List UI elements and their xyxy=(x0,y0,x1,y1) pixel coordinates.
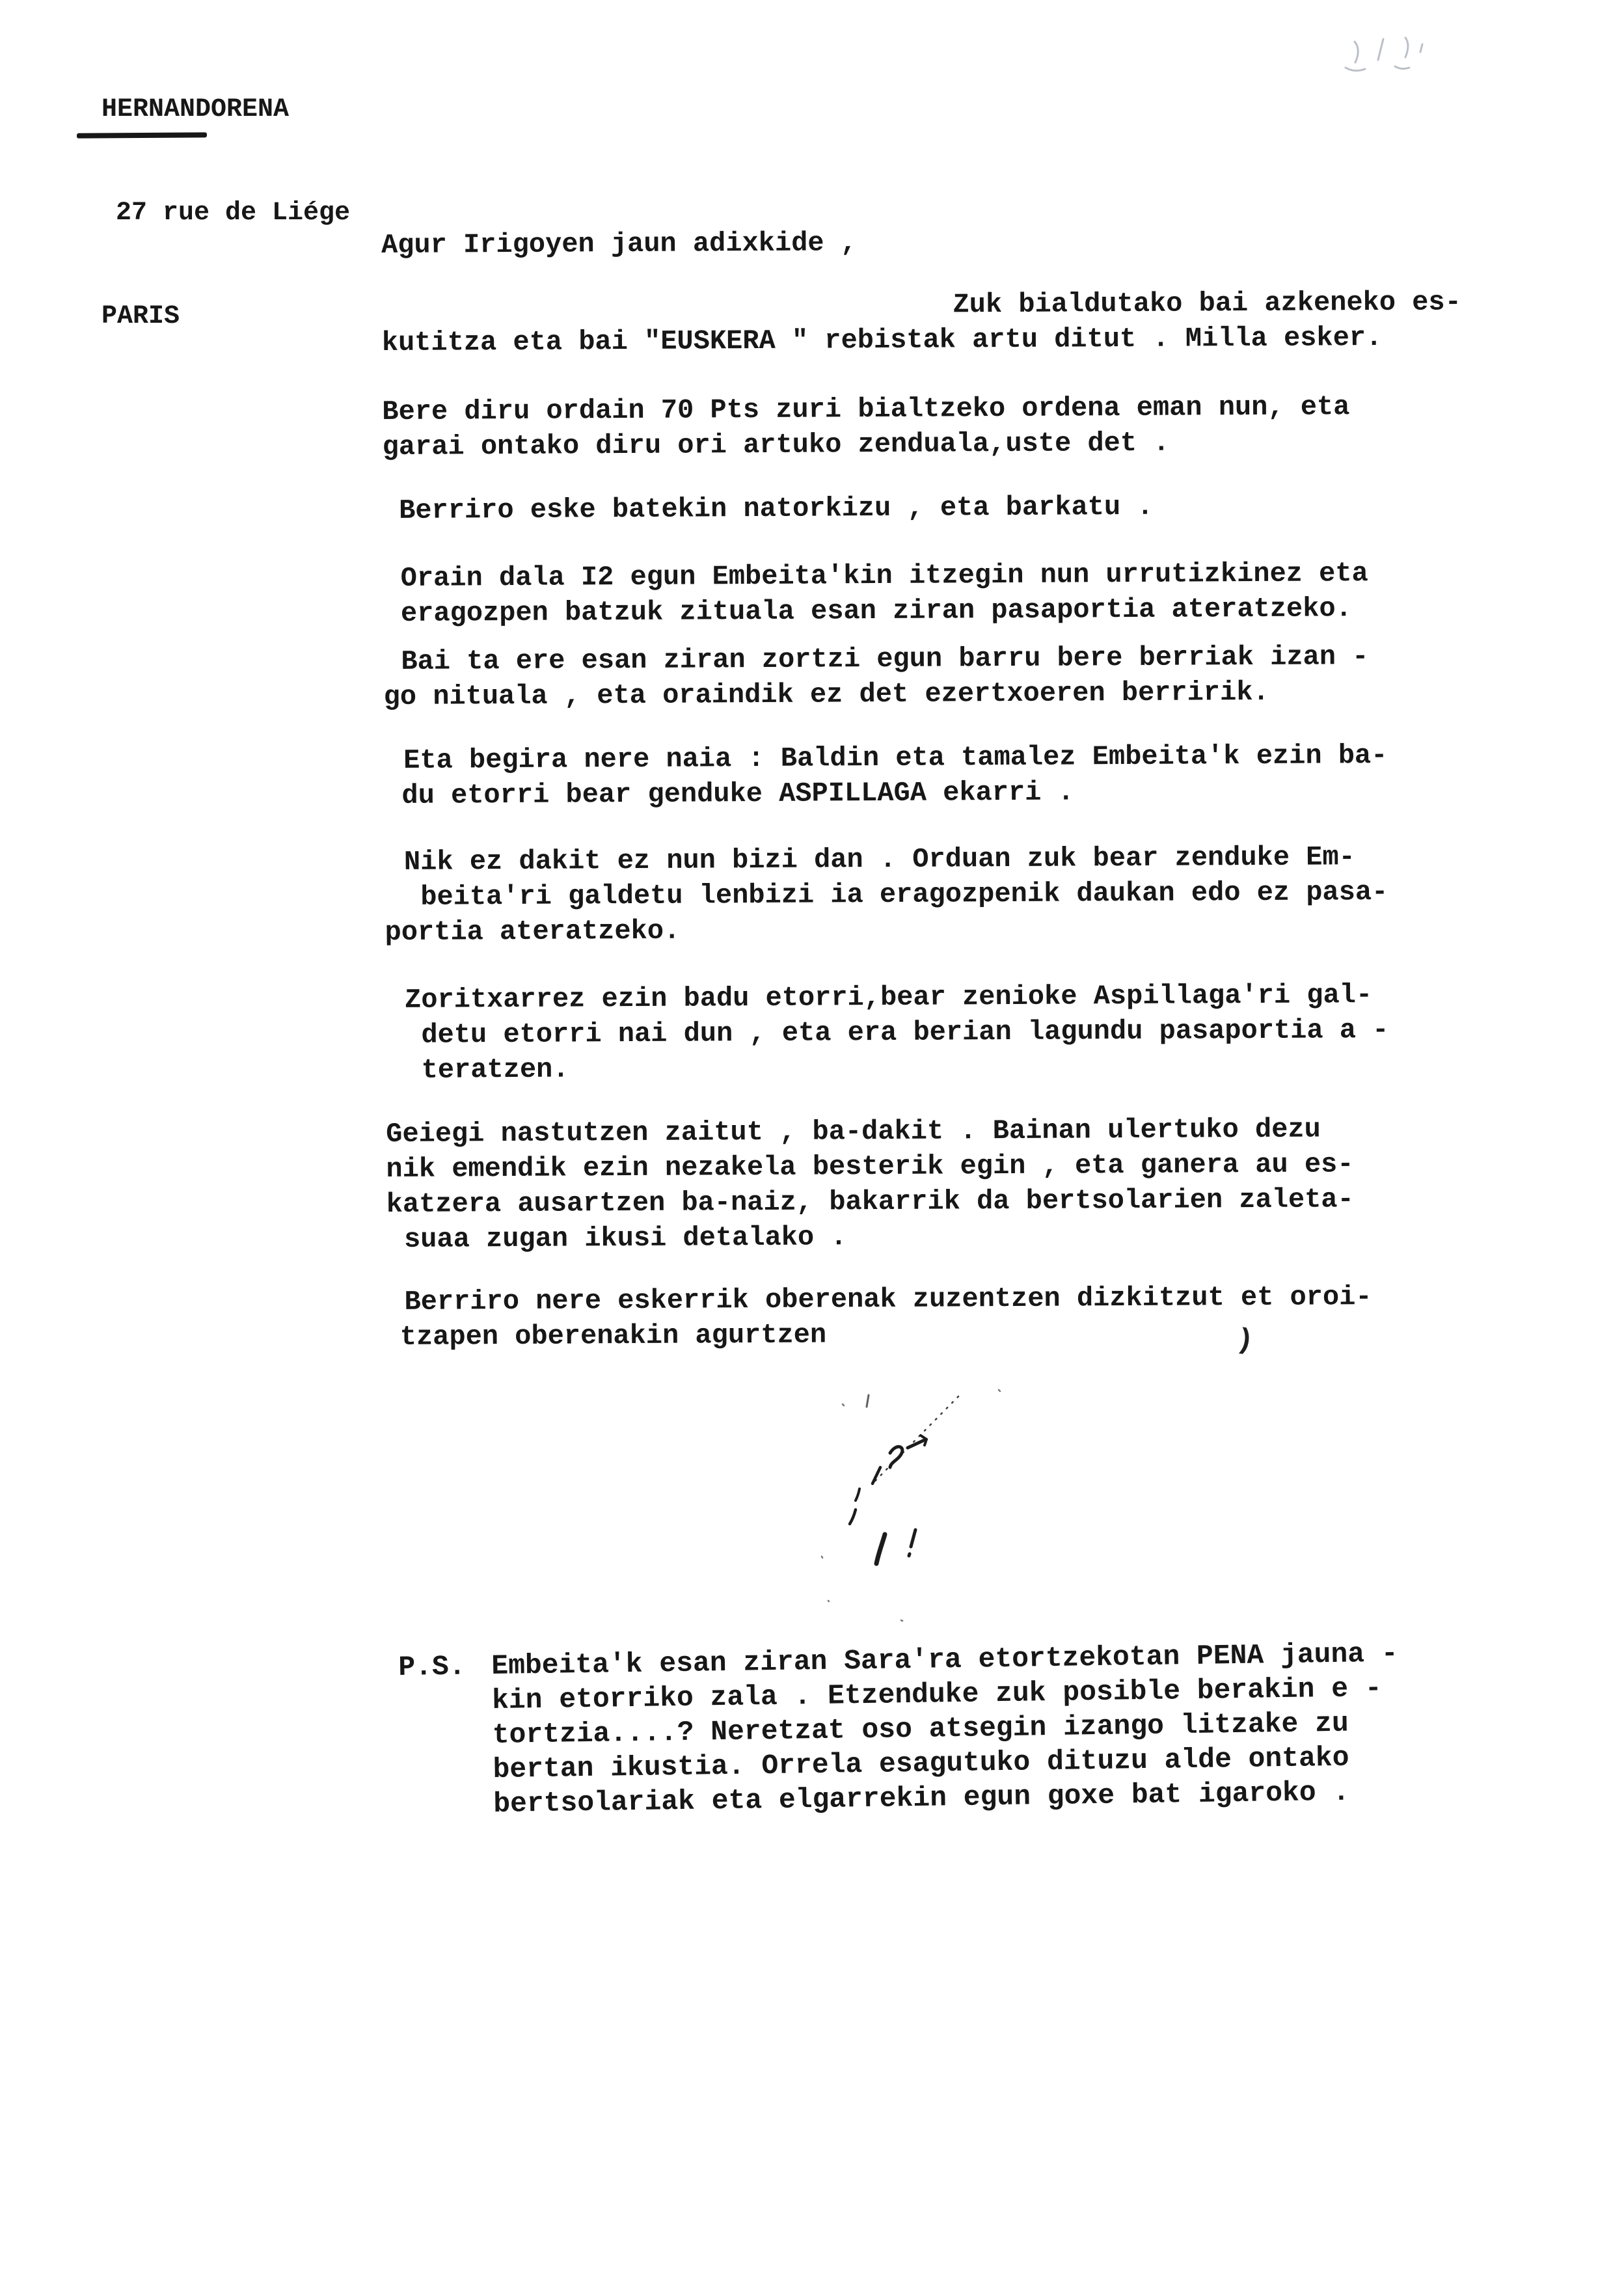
paragraph: Nik ez dakit ez nun bizi dan . Orduan zu… xyxy=(385,839,1388,950)
paragraph: Zoritxarrez ezin badu etorri,bear zeniok… xyxy=(385,977,1389,1088)
salutation-line: Agur Irigoyen jaun adixkide , xyxy=(381,225,857,263)
paragraph: Geiegi nastutzen zaitut , ba-dakit . Bai… xyxy=(386,1111,1354,1257)
line: suaa zugan ikusi detalako . xyxy=(386,1217,1354,1257)
line: eragozpen batzuk zituala esan ziran pasa… xyxy=(383,591,1368,631)
salutation: Agur Irigoyen jaun adixkide , xyxy=(381,225,857,263)
line: nik emendik ezin nezakela besterik egin … xyxy=(386,1147,1353,1187)
line: kutitza eta bai "EUSKERA " rebistak artu… xyxy=(382,319,1462,360)
letter-body: Agur Irigoyen jaun adixkide , Zuk bialdu… xyxy=(0,0,1624,2282)
line: Berriro eske batekin natorkizu , eta bar… xyxy=(383,489,1154,528)
line: beita'ri galdetu lenbizi ia eragozpenik … xyxy=(385,875,1388,915)
line: Zuk bialdutako bai azkeneko es- xyxy=(381,284,1461,325)
line: Berriro nere eskerrik oberenak zuzentzen… xyxy=(386,1279,1372,1320)
paragraph: Berriro eske batekin natorkizu , eta bar… xyxy=(383,489,1154,528)
line: go nituala , eta oraindik ez det ezertxo… xyxy=(384,674,1369,714)
signature-scribble xyxy=(804,1386,1142,1646)
paragraph: Orain dala I2 egun Embeita'kin itzegin n… xyxy=(383,556,1369,631)
line: detu etorri nai dun , eta era berian lag… xyxy=(385,1012,1388,1053)
line: du etorri bear genduke ASPILLAGA ekarri … xyxy=(384,773,1388,813)
line: Orain dala I2 egun Embeita'kin itzegin n… xyxy=(383,556,1368,596)
line: portia ateratzeko. xyxy=(385,910,1388,950)
closing-paragraph: Berriro nere eskerrik oberenak zuzentzen… xyxy=(386,1279,1372,1355)
paragraph: Zuk bialdutako bai azkeneko es- kutitza … xyxy=(381,284,1461,360)
line: garai ontako diru ori artuko zenduala,us… xyxy=(383,424,1350,465)
line: Nik ez dakit ez nun bizi dan . Orduan zu… xyxy=(385,839,1388,880)
line: teratzen. xyxy=(386,1048,1389,1088)
paragraph: Eta begira nere naia : Baldin eta tamale… xyxy=(384,738,1388,813)
line: tzapen oberenakin agurtzen xyxy=(387,1314,1372,1355)
letter-page: HERNANDORENA 27 rue de Liége PARIS Agur … xyxy=(0,0,1624,2282)
line: Bai ta ere esan ziran zortzi egun barru … xyxy=(383,639,1368,679)
ps-body: Embeita'k esan ziran Sara'ra etortzekota… xyxy=(491,1637,1400,1821)
postscript: P.S. Embeita'k esan ziran Sara'ra etortz… xyxy=(398,1637,1400,1823)
line: katzera ausartzen ba-naiz, bakarrik da b… xyxy=(386,1182,1354,1222)
line: Bere diru ordain 70 Pts zuri bialtzeko o… xyxy=(382,389,1349,429)
paragraph: Bai ta ere esan ziran zortzi egun barru … xyxy=(383,639,1369,714)
paragraph: Bere diru ordain 70 Pts zuri bialtzeko o… xyxy=(382,389,1350,465)
line: Eta begira nere naia : Baldin eta tamale… xyxy=(384,738,1388,778)
line: Geiegi nastutzen zaitut , ba-dakit . Bai… xyxy=(386,1111,1353,1152)
ps-label: P.S. xyxy=(398,1649,492,1685)
line: Zoritxarrez ezin badu etorri,bear zeniok… xyxy=(385,977,1388,1018)
